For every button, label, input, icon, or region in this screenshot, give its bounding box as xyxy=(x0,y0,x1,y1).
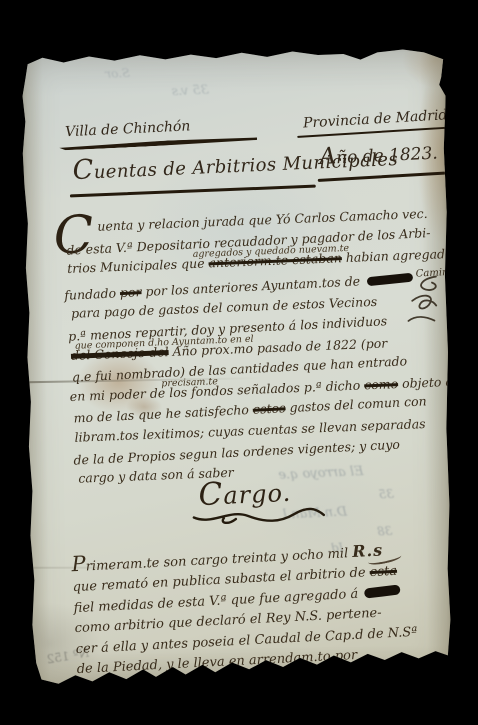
bleedthrough-text: S.or xyxy=(105,66,130,81)
underline-stroke xyxy=(70,185,316,197)
text-run: gastos del comun con xyxy=(285,394,427,416)
struck-text: esta xyxy=(369,564,397,580)
bleedthrough-text: 35 v.s xyxy=(171,83,209,100)
year-title: Año de 1823. xyxy=(319,138,438,170)
text-run: fundado xyxy=(64,285,120,303)
struck-text: como xyxy=(364,376,398,392)
bleedthrough-text: 38 xyxy=(377,524,393,539)
text-run: objeto co- xyxy=(398,373,465,391)
struck-text: por xyxy=(120,284,142,300)
rubric-flourish xyxy=(402,272,449,333)
bleedthrough-text: 35 xyxy=(378,487,394,502)
manuscript-page: El arroyo q.e 35 D.n Man.l 38 Id. 35 v.s… xyxy=(21,46,453,688)
text-run: trios Municipales que xyxy=(67,256,209,277)
cargo-paragraph: Primeram.te son cargo treinta y ocho mil… xyxy=(71,535,449,680)
text-run: habian agregado y xyxy=(342,246,464,266)
scan-background: El arroyo q.e 35 D.n Man.l 38 Id. 35 v.s… xyxy=(0,0,478,725)
village-title: Villa de Chinchón xyxy=(65,118,191,140)
ink-blot xyxy=(364,585,401,599)
cargo-underline-flourish xyxy=(190,506,328,528)
struck-text: estos xyxy=(252,401,285,418)
opening-paragraph: C uenta y relacion jurada que Yó Carlos … xyxy=(65,203,437,490)
interline-insertion: precisam.te xyxy=(161,372,218,395)
